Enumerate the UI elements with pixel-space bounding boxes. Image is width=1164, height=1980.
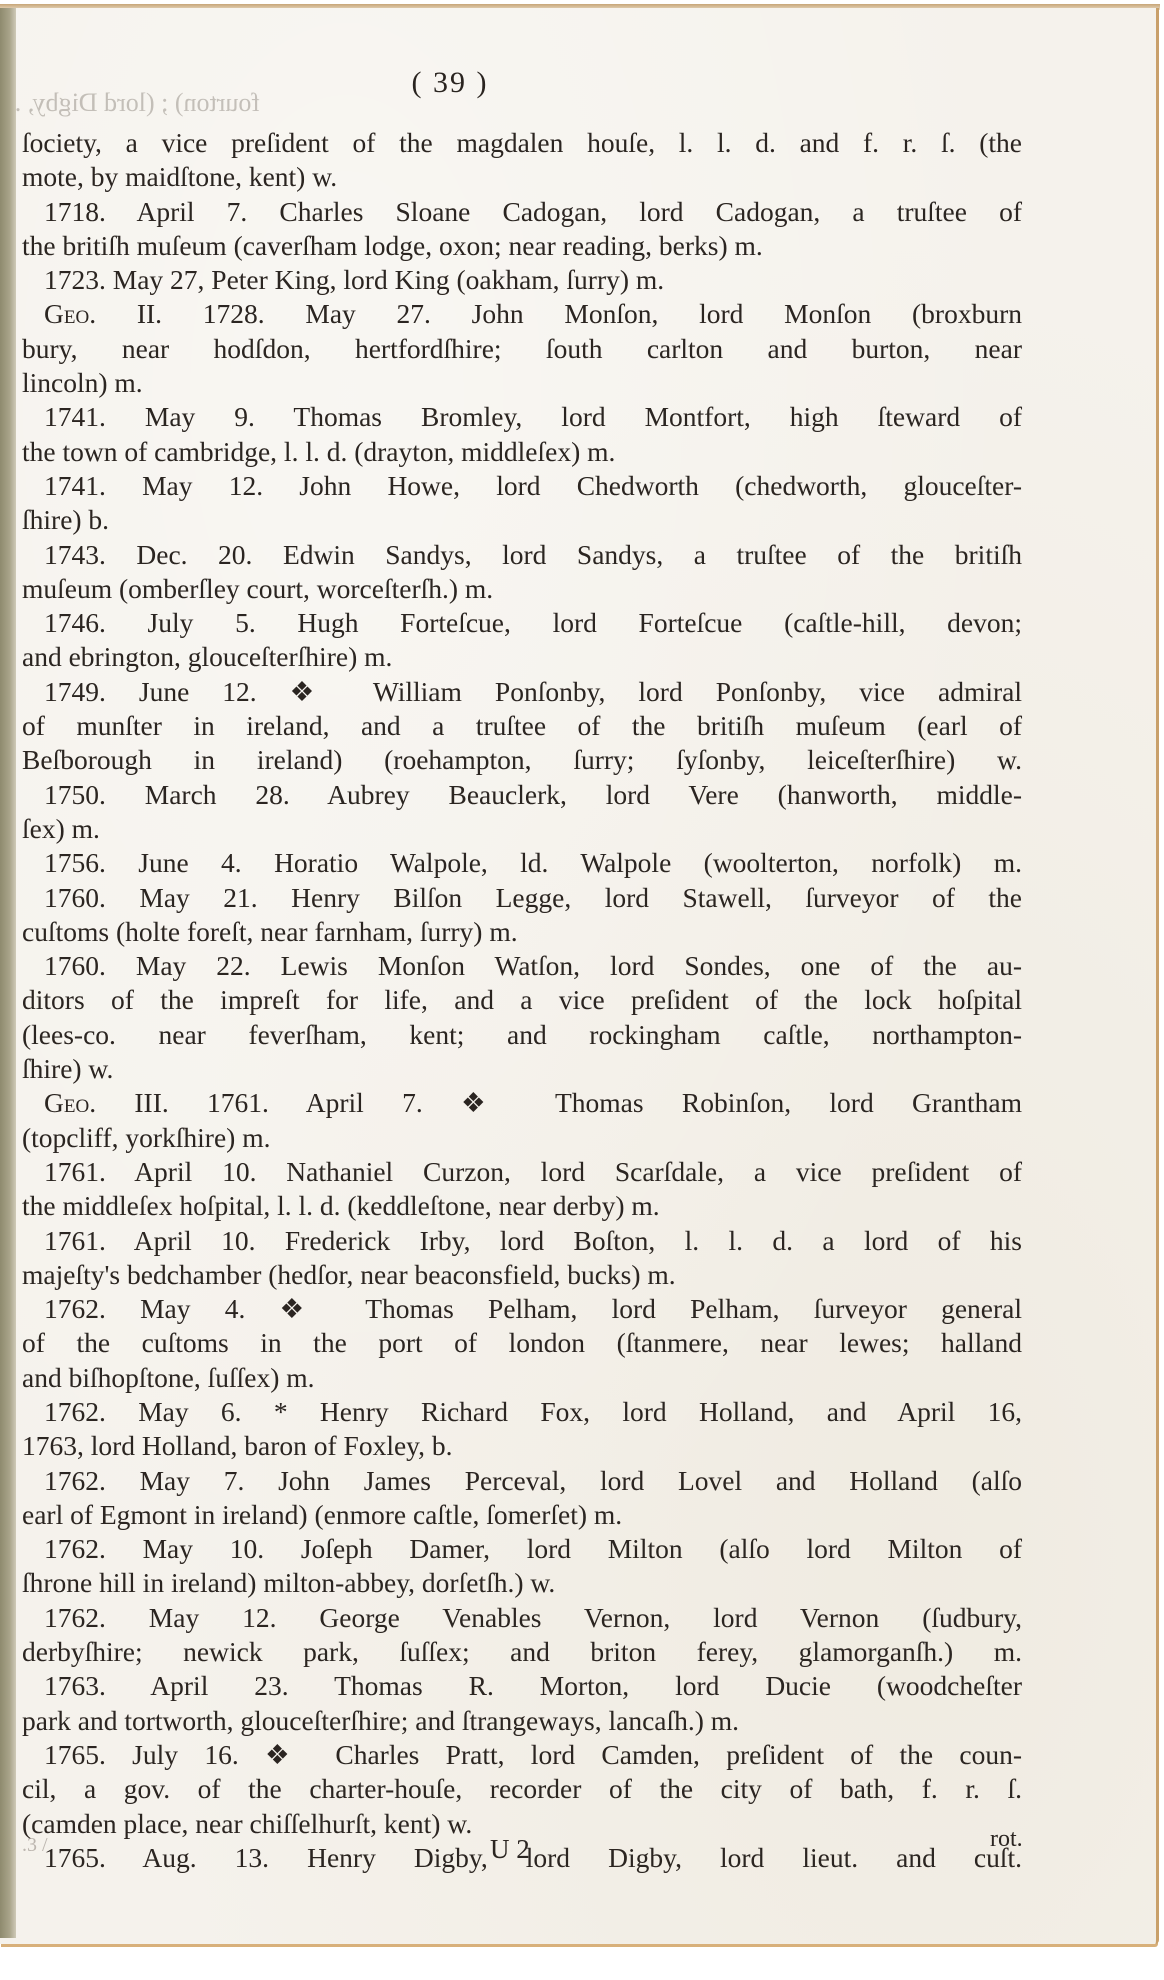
text-line: of the cuſtoms in the port of london (ſt… xyxy=(22,1326,1022,1360)
text-line: bury, near hodſdon, hertfordſhire; ſouth… xyxy=(22,332,1022,366)
text-line: 1762. May 4. ❖ Thomas Pelham, lord Pelha… xyxy=(22,1292,1022,1326)
text-line: 1761. April 10. Frederick Irby, lord Boſ… xyxy=(22,1224,1022,1258)
text-line: ditors of the impreſt for life, and a vi… xyxy=(22,983,1022,1017)
text-line: mote, by maidſtone, kent) w. xyxy=(22,160,1022,194)
page-body-text: ſociety, a vice preſident of the magdale… xyxy=(22,126,1022,1875)
text-line: 1760. May 22. Lewis Monſon Watſon, lord … xyxy=(22,949,1022,983)
catchword: rot. xyxy=(990,1826,1023,1853)
bleed-through-text: fourton) ; (lord Digby, ... xyxy=(2,88,260,118)
text-line: the town of cambridge, l. l. d. (drayton… xyxy=(22,435,1022,469)
text-line: 1741. May 12. John Howe, lord Chedworth … xyxy=(22,469,1022,503)
text-line: (topcliff, yorkſhire) m. xyxy=(22,1121,1022,1155)
text-line: (lees-co. near feverſham, kent; and rock… xyxy=(22,1018,1022,1052)
text-line: ſhrone hill in ireland) milton-abbey, do… xyxy=(22,1566,1022,1600)
text-line: 1746. July 5. Hugh Forteſcue, lord Forte… xyxy=(22,606,1022,640)
text-line: lincoln) m. xyxy=(22,366,1022,400)
book-spine-gutter xyxy=(0,8,16,1938)
text-line: 1762. May 6. * Henry Richard Fox, lord H… xyxy=(22,1395,1022,1429)
corner-mark: .3 / xyxy=(22,1834,48,1857)
text-line: of munſter in ireland, and a truſtee of … xyxy=(22,709,1022,743)
reign-label: Geo xyxy=(44,1087,89,1118)
text-line: majeſty's bedchamber (hedſor, near beaco… xyxy=(22,1258,1022,1292)
book-page: ( 39 ) fourton) ; (lord Digby, ... ſocie… xyxy=(0,8,1159,1944)
text-line: muſeum (omberſley court, worceſterſh.) m… xyxy=(22,572,1022,606)
text-line: 1749. June 12. ❖ William Ponſonby, lord … xyxy=(22,675,1022,709)
text-line: ſociety, a vice preſident of the magdale… xyxy=(22,126,1022,160)
text-line: 1760. May 21. Henry Bilſon Legge, lord S… xyxy=(22,881,1022,915)
text-line: and biſhopſtone, ſuſſex) m. xyxy=(22,1361,1022,1395)
text-line: Beſborough in ireland) (roehampton, ſurr… xyxy=(22,743,1022,777)
text-line: ſex) m. xyxy=(22,812,1022,846)
text-line: 1723. May 27, Peter King, lord King (oak… xyxy=(22,263,1022,297)
text-line: 1756. June 4. Horatio Walpole, ld. Walpo… xyxy=(22,846,1022,880)
text-line: park and tortworth, glouceſterſhire; and… xyxy=(22,1704,1022,1738)
text-line: Geo. III. 1761. April 7. ❖ Thomas Robinſ… xyxy=(22,1086,1022,1120)
text-line: 1743. Dec. 20. Edwin Sandys, lord Sandys… xyxy=(22,538,1022,572)
text-line: Geo. II. 1728. May 27. John Monſon, lord… xyxy=(22,297,1022,331)
text-line: ſhire) w. xyxy=(22,1052,1022,1086)
text-line: cil, a gov. of the charter-houſe, record… xyxy=(22,1772,1022,1806)
text-line: 1718. April 7. Charles Sloane Cadogan, l… xyxy=(22,195,1022,229)
text-line: cuſtoms (holte foreſt, near farnham, ſur… xyxy=(22,915,1022,949)
text-line: ſhire) b. xyxy=(22,503,1022,537)
text-line: earl of Egmont in ireland) (enmore caſtl… xyxy=(22,1498,1022,1532)
signature-mark: U 2 xyxy=(490,1834,530,1865)
text-line: 1741. May 9. Thomas Bromley, lord Montfo… xyxy=(22,400,1022,434)
text-line: 1761. April 10. Nathaniel Curzon, lord S… xyxy=(22,1155,1022,1189)
text-line: 1763, lord Holland, baron of Foxley, b. xyxy=(22,1429,1022,1463)
text-line: and ebrington, glouceſterſhire) m. xyxy=(22,640,1022,674)
text-line: derbyſhire; newick park, ſuſſex; and bri… xyxy=(22,1635,1022,1669)
text-line: 1762. May 7. John James Perceval, lord L… xyxy=(22,1464,1022,1498)
text-line: 1762. May 10. Joſeph Damer, lord Milton … xyxy=(22,1532,1022,1566)
text-line: 1763. April 23. Thomas R. Morton, lord D… xyxy=(22,1669,1022,1703)
text-line: the britiſh muſeum (caverſham lodge, oxo… xyxy=(22,229,1022,263)
reign-label: Geo xyxy=(44,298,89,329)
text-line: 1750. March 28. Aubrey Beauclerk, lord V… xyxy=(22,778,1022,812)
text-line: the middleſex hoſpital, l. l. d. (keddle… xyxy=(22,1189,1022,1223)
text-line: 1762. May 12. George Venables Vernon, lo… xyxy=(22,1601,1022,1635)
text-line: 1765. July 16. ❖ Charles Pratt, lord Cam… xyxy=(22,1738,1022,1772)
